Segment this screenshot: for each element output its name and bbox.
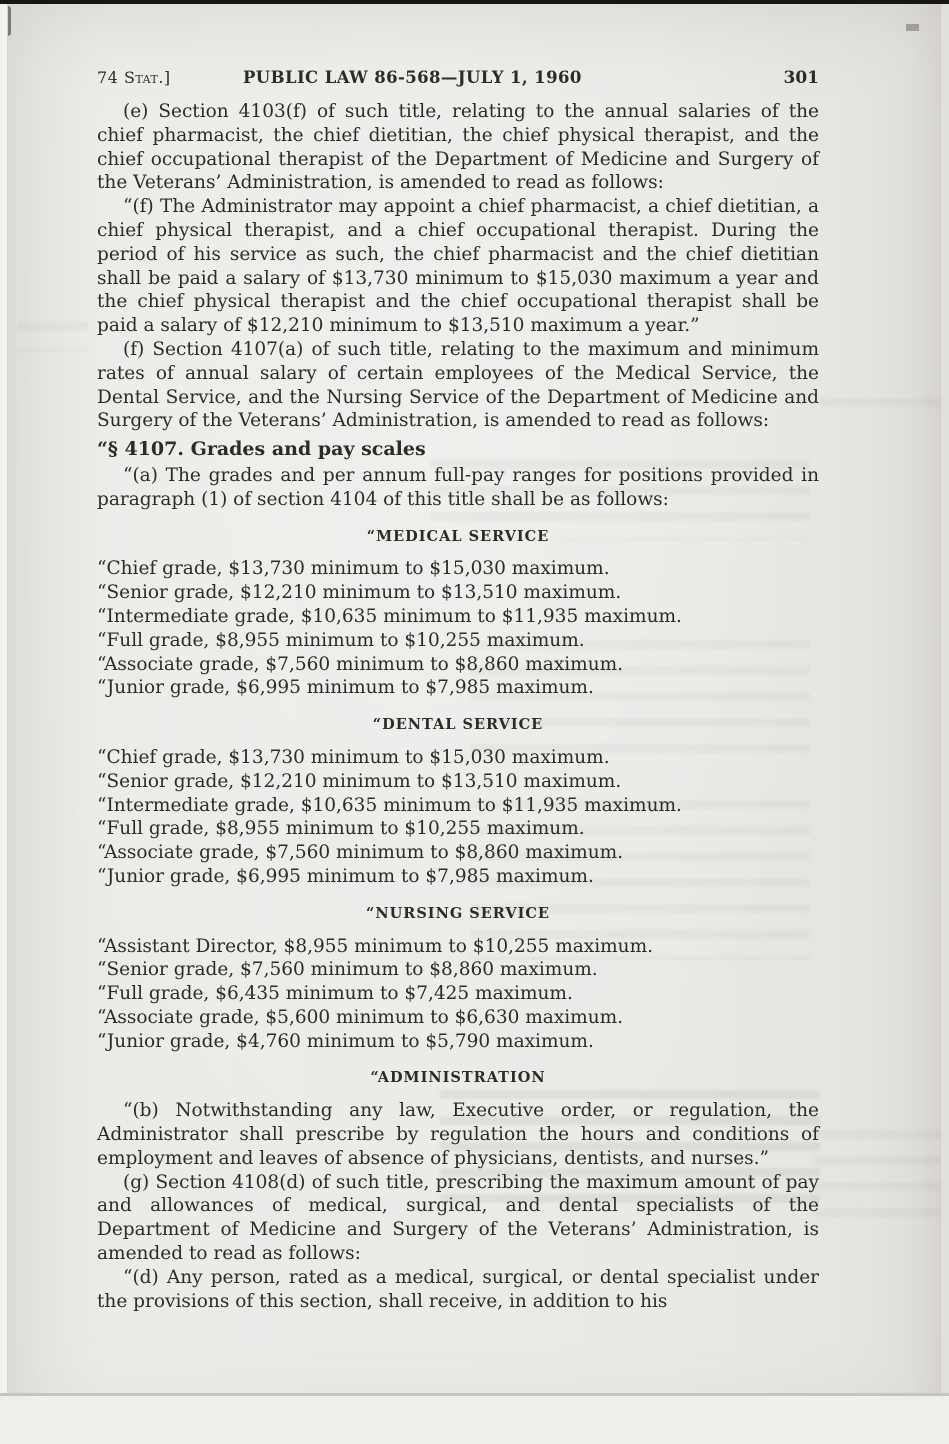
paragraph-a: “(a) The grades and per annum full-pay r…: [97, 464, 819, 512]
scanned-page: 74 Stat.] PUBLIC LAW 86-568—JULY 1, 1960…: [0, 0, 949, 1444]
dental-service-grades: “Chief grade, $13,730 minimum to $15,030…: [97, 746, 819, 889]
grade-line: “Junior grade, $6,995 minimum to $7,985 …: [97, 865, 819, 889]
grade-line: “Senior grade, $7,560 minimum to $8,860 …: [97, 958, 819, 982]
paragraph-f-quoted: “(f) The Administrator may appoint a chi…: [97, 195, 819, 338]
grade-line: “Associate grade, $7,560 minimum to $8,8…: [97, 653, 819, 677]
paragraph-b-quoted: “(b) Notwithstanding any law, Executive …: [97, 1099, 819, 1170]
section-4107-heading: “§ 4107. Grades and pay scales: [97, 438, 819, 462]
medical-service-grades: “Chief grade, $13,730 minimum to $15,030…: [97, 557, 819, 700]
paragraph-d-quoted: “(d) Any person, rated as a medical, sur…: [97, 1266, 819, 1314]
paragraph-f: (f) Section 4107(a) of such title, relat…: [97, 338, 819, 433]
service-heading-medical: “MEDICAL SERVICE: [97, 525, 819, 549]
grade-line: “Junior grade, $6,995 minimum to $7,985 …: [97, 676, 819, 700]
bleed-through-smudge: [18, 322, 88, 352]
scan-bottom-margin: [0, 1396, 949, 1444]
service-heading-dental: “DENTAL SERVICE: [97, 713, 819, 737]
paragraph-g: (g) Section 4108(d) of such title, presc…: [97, 1171, 819, 1266]
grade-line: “Full grade, $8,955 minimum to $10,255 m…: [97, 817, 819, 841]
grade-line: “Senior grade, $12,210 minimum to $13,51…: [97, 581, 819, 605]
grade-line: “Intermediate grade, $10,635 minimum to …: [97, 794, 819, 818]
grade-line: “Associate grade, $7,560 minimum to $8,8…: [97, 841, 819, 865]
page-right-edge: [940, 4, 949, 1444]
law-title: PUBLIC LAW 86-568—JULY 1, 1960: [227, 68, 784, 87]
grade-line: “Chief grade, $13,730 minimum to $15,030…: [97, 557, 819, 581]
grade-line: “Assistant Director, $8,955 minimum to $…: [97, 935, 819, 959]
bleed-through-smudge: [820, 398, 940, 412]
paragraph-e: (e) Section 4103(f) of such title, relat…: [97, 100, 819, 195]
page-number: 301: [784, 68, 820, 88]
grade-line: “Junior grade, $4,760 minimum to $5,790 …: [97, 1030, 819, 1054]
document-body: (e) Section 4103(f) of such title, relat…: [97, 100, 819, 1313]
service-heading-nursing: “NURSING SERVICE: [97, 902, 819, 926]
grade-line: “Full grade, $6,435 minimum to $7,425 ma…: [97, 982, 819, 1006]
nursing-service-grades: “Assistant Director, $8,955 minimum to $…: [97, 935, 819, 1054]
scan-top-edge: [0, 0, 949, 4]
grade-line: “Senior grade, $12,210 minimum to $13,51…: [97, 770, 819, 794]
statute-volume-label: 74 Stat.]: [97, 68, 227, 87]
scan-edge-artifact: [906, 24, 919, 31]
bleed-through-smudge: [815, 1130, 940, 1220]
grade-line: “Full grade, $8,955 minimum to $10,255 m…: [97, 629, 819, 653]
grade-line: “Associate grade, $5,600 minimum to $6,6…: [97, 1006, 819, 1030]
grade-line: “Intermediate grade, $10,635 minimum to …: [97, 605, 819, 629]
grade-line: “Chief grade, $13,730 minimum to $15,030…: [97, 746, 819, 770]
service-heading-administration: “ADMINISTRATION: [97, 1066, 819, 1090]
page-header: 74 Stat.] PUBLIC LAW 86-568—JULY 1, 1960…: [97, 68, 819, 88]
page-left-edge: [0, 4, 8, 1444]
